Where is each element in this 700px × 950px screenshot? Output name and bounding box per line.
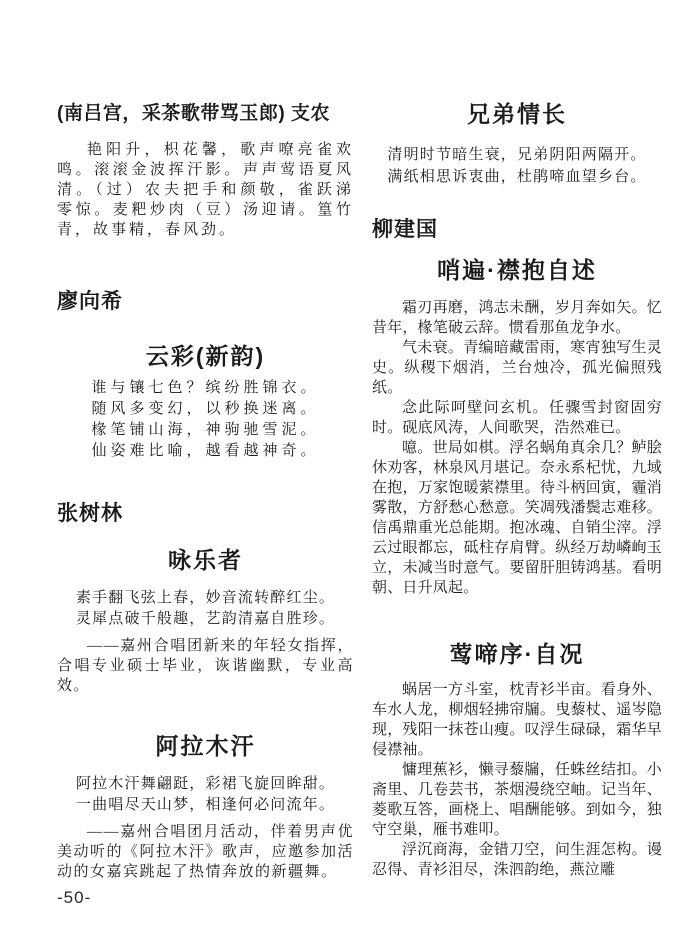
magazine-page: (南吕宫，采茶歌带骂玉郎) 支农 艳阳升，枳花馨，歌声嘹亮雀欢鸣。滚滚金波挥汗影… — [0, 0, 700, 950]
ci-section-shaobian: 哨遍·襟抱自述 霜刃再磨，鸿志未酬，岁月奔如矢。忆昔年，椽笔破云辞。惯看那鱼龙争… — [372, 256, 662, 598]
poem-title-alamuhan: 阿拉木汗 — [57, 732, 354, 760]
poem-section-yuncai: 云彩(新韵) 谁与镶七色？缤纷胜锦衣。 随风多变幻，以秒换迷离。 椽笔铺山海，神… — [57, 342, 354, 462]
poem-line: 椽笔铺山海，神驹驰雪泥。 — [57, 420, 354, 441]
poem-section-alamuhan: 阿拉木汗 阿拉木汗舞翩跹，彩裙飞旋回眸甜。 一曲唱尽天山梦，相逢何必问流年。 —… — [57, 732, 354, 882]
poem-section-yonglezhe: 咏乐者 素手翻飞弦上春，妙音流转醉红尘。 灵犀点破千般趣，艺韵清嘉自胜珍。 ——… — [57, 546, 354, 696]
author-name-liujianguo: 柳建国 — [372, 218, 662, 242]
poem-note-yonglezhe: ——嘉州合唱团新来的年轻女指挥，合唱专业硕士毕业，诙谐幽默，专业高效。 — [57, 636, 354, 696]
poem-line: 一曲唱尽天山梦，相逢何必问流年。 — [57, 795, 354, 816]
two-column-layout: (南吕宫，采茶歌带骂玉郎) 支农 艳阳升，枳花馨，歌声嘹亮雀欢鸣。滚滚金波挥汗影… — [0, 0, 700, 882]
poem-title-yonglezhe: 咏乐者 — [57, 546, 354, 574]
poem-line: 随风多变幻，以秒换迷离。 — [57, 399, 354, 420]
left-column: (南吕宫，采茶歌带骂玉郎) 支农 艳阳升，枳花馨，歌声嘹亮雀欢鸣。滚滚金波挥汗影… — [57, 100, 354, 882]
ci-paragraph: 霜刃再磨，鸿志未酬，岁月奔如矢。忆昔年，椽笔破云辞。惯看那鱼龙争水。 — [372, 298, 662, 338]
poem-body-alamuhan: 阿拉木汗舞翩跹，彩裙飞旋回眸甜。 一曲唱尽天山梦，相逢何必问流年。 — [57, 774, 354, 816]
ci-paragraph: 气未衰。青编暗藏雷雨，寒宵独写生灵史。纵稷下烟消，兰台烛冷，孤光偏照残纸。 — [372, 338, 662, 398]
author-name-liaoxiangxi: 廖向希 — [57, 290, 354, 314]
author-name-zhangshulin: 张树林 — [57, 502, 354, 526]
qu-title-zhinong: (南吕宫，采茶歌带骂玉郎) 支农 — [57, 100, 354, 128]
poem-line: 清明时节暗生衰，兄弟阴阳两隔开。 — [372, 144, 662, 166]
qu-section-zhinong: (南吕宫，采茶歌带骂玉郎) 支农 艳阳升，枳花馨，歌声嘹亮雀欢鸣。滚滚金波挥汗影… — [57, 100, 354, 240]
ci-paragraph: 慵理蕉衫，懒寻藜牖，任蛛丝结扣。小斋里、几卷芸书，茶烟漫绕空岫。记当年、菱歌互答… — [372, 760, 662, 840]
poem-title-yuncai: 云彩(新韵) — [57, 342, 354, 370]
poem-title-xiongdiqingchang: 兄弟情长 — [372, 100, 662, 128]
ci-paragraph: 噫。世局如棋。浮名蜗角真余几？鲈脍休劝客，林泉风月堪记。奈永系杞忧，九域在抱，万… — [372, 438, 662, 598]
ci-title-yingtixu: 莺啼序·自况 — [372, 640, 662, 668]
poem-line: 素手翻飞弦上春，妙音流转醉红尘。 — [57, 588, 354, 609]
poem-section-xiongdiqingchang: 兄弟情长 清明时节暗生衰，兄弟阴阳两隔开。 满纸相思诉衷曲，杜鹃啼血望乡台。 — [372, 100, 662, 188]
ci-paragraph: 浮沉商海，金错刀空，问生涯怎构。谩忍得、青衫泪尽，洙泗韵绝，燕泣雕 — [372, 840, 662, 880]
poem-line: 仙姿难比喻，越看越神奇。 — [57, 441, 354, 462]
qu-body-zhinong: 艳阳升，枳花馨，歌声嘹亮雀欢鸣。滚滚金波挥汗影。声声莺语夏风清。（过）农夫把手和… — [57, 140, 354, 240]
poem-body-xiongdiqingchang: 清明时节暗生衰，兄弟阴阳两隔开。 满纸相思诉衷曲，杜鹃啼血望乡台。 — [372, 144, 662, 188]
ci-paragraph: 蜗居一方斗室，枕青衫半亩。看身外、车水人龙，柳烟轻拂帘牖。曳藜杖、遥岑隐现，残阳… — [372, 680, 662, 760]
ci-title-shaobian: 哨遍·襟抱自述 — [372, 256, 662, 284]
ci-paragraph: 念此际呵壁问玄机。任骤雪封窗固穷时。砚底风涛，人间歌哭，浩然难已。 — [372, 398, 662, 438]
right-column: 兄弟情长 清明时节暗生衰，兄弟阴阳两隔开。 满纸相思诉衷曲，杜鹃啼血望乡台。 柳… — [372, 100, 662, 882]
poem-line: 谁与镶七色？缤纷胜锦衣。 — [57, 378, 354, 399]
poem-line: 满纸相思诉衷曲，杜鹃啼血望乡台。 — [372, 166, 662, 188]
ci-section-yingtixu: 莺啼序·自况 蜗居一方斗室，枕青衫半亩。看身外、车水人龙，柳烟轻拂帘牖。曳藜杖、… — [372, 640, 662, 880]
poem-note-alamuhan: ——嘉州合唱团月活动，伴着男声优美动听的《阿拉木汗》歌声，应邀参加活动的女嘉宾跳… — [57, 822, 354, 882]
page-number: -50- — [57, 888, 91, 908]
poem-line: 阿拉木汗舞翩跹，彩裙飞旋回眸甜。 — [57, 774, 354, 795]
poem-body-yonglezhe: 素手翻飞弦上春，妙音流转醉红尘。 灵犀点破千般趣，艺韵清嘉自胜珍。 — [57, 588, 354, 630]
poem-line: 灵犀点破千般趣，艺韵清嘉自胜珍。 — [57, 609, 354, 630]
poem-body-yuncai: 谁与镶七色？缤纷胜锦衣。 随风多变幻，以秒换迷离。 椽笔铺山海，神驹驰雪泥。 仙… — [57, 378, 354, 462]
